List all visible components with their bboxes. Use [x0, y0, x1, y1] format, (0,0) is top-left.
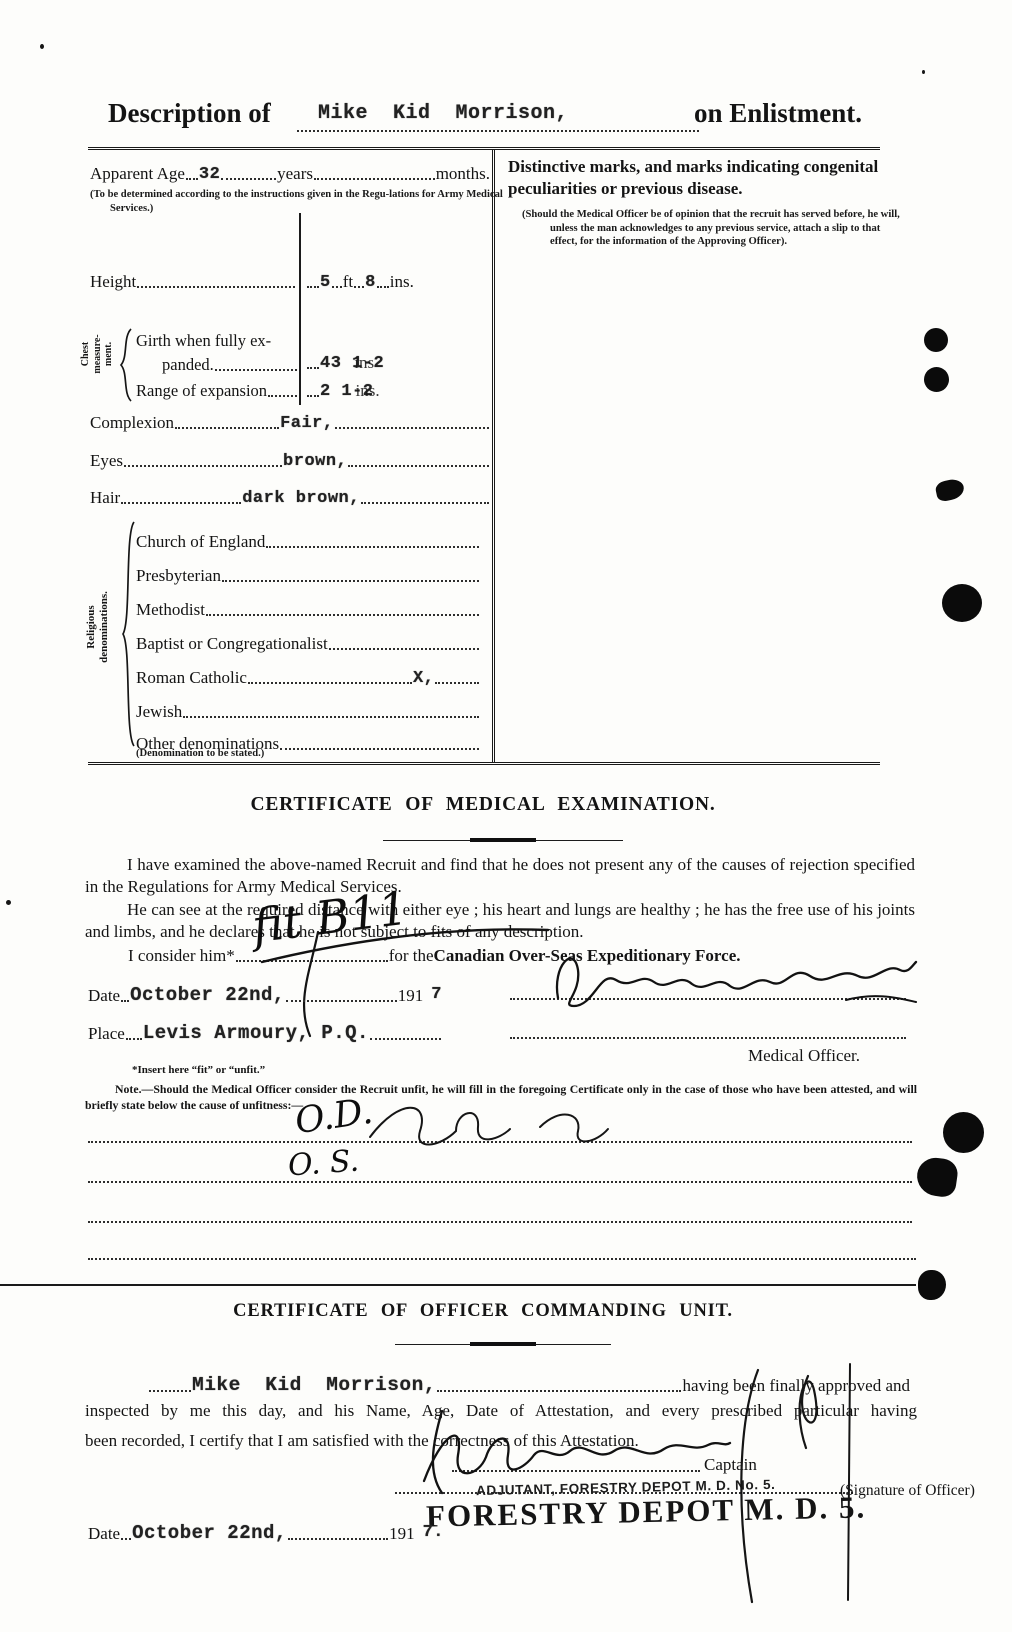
chest-side-line3: ment.: [103, 310, 115, 398]
months-label: months.: [436, 164, 490, 184]
place-label: Place: [88, 1024, 125, 1044]
chest-side-line1: Chest: [80, 310, 92, 398]
hair-label: Hair: [90, 488, 120, 508]
eyes-label: Eyes: [90, 451, 123, 471]
complexion-row: Complexion Fair,: [90, 407, 490, 433]
name-underline: [297, 130, 699, 132]
girth-value: 43 1-2: [320, 354, 384, 373]
ins-label: ins.: [390, 272, 414, 292]
height-value-row: 5 ft 8 ins.: [306, 266, 476, 292]
chest-side-line2: measure-: [92, 310, 104, 398]
religion-brace: [121, 520, 135, 748]
religion-methodist: Methodist: [136, 600, 205, 620]
insert-fit-note: *Insert here “fit” or “unfit.”: [132, 1064, 265, 1076]
religion-side-label: Religious denominations.: [85, 545, 119, 709]
ink-blot: [918, 1270, 946, 1300]
ink-blot: [943, 1112, 984, 1153]
unfitness-line-2: [88, 1181, 912, 1183]
unfitness-line-4: [88, 1258, 916, 1260]
chest-brace: [119, 327, 132, 403]
range-unit: ins.: [356, 381, 380, 401]
year-typed: 7.: [423, 1523, 444, 1542]
range-row: Range of expansion: [136, 375, 298, 401]
medical-place-row: Place Levis Armoury, P.Q.: [88, 1016, 442, 1044]
page-title-suffix: on Enlistment.: [694, 98, 862, 129]
hair-value: dark brown,: [242, 489, 360, 508]
religion-jewish: Jewish: [136, 702, 182, 722]
religion-church-of-england: Church of England: [136, 532, 265, 552]
religion-row: Baptist or Congregationalist: [136, 628, 480, 654]
medical-paragraph-1: I have examined the above-named Recruit …: [85, 854, 915, 898]
value-column-divider: [299, 213, 301, 405]
officer-name-typed: Mike Kid Morrison,: [192, 1374, 436, 1396]
hair-row: Hair dark brown,: [90, 482, 490, 508]
religion-row: Church of England: [136, 526, 480, 552]
page-title-prefix: Description of: [108, 98, 271, 129]
box-top-border: [88, 147, 880, 150]
medical-officer-label: Medical Officer.: [748, 1046, 860, 1066]
title-ornament: [383, 838, 623, 842]
date-value-typed: October 22nd,: [130, 984, 285, 1006]
girth-value-row: 43 1-2 ins: [306, 347, 476, 373]
religion-roman-catholic: Roman Catholic: [136, 668, 247, 688]
unfitness-flourish: [360, 1085, 640, 1180]
range-value-row: 2 1-2 ins.: [306, 375, 476, 401]
officer-certificate-title: CERTIFICATE OF OFFICER COMMANDING UNIT.: [0, 1301, 966, 1322]
ink-blot: [934, 477, 966, 502]
date-label: Date: [88, 986, 120, 1006]
box-column-divider: [492, 150, 495, 762]
religion-selected-mark: X,: [413, 669, 434, 688]
year-typed: 7: [431, 985, 442, 1004]
years-label: years: [277, 164, 313, 184]
chest-side-label: Chest measure- ment.: [80, 310, 120, 398]
height-feet-value: 5: [320, 273, 331, 292]
section-rule: [0, 1284, 916, 1286]
distinctive-marks-heading: Distinctive marks, and marks indicating …: [508, 156, 880, 200]
religion-row: Roman Catholic X,: [136, 662, 480, 688]
apparent-age-row: Apparent Age 32 years months.: [90, 158, 490, 184]
girth-label-line2: panded.: [136, 355, 214, 375]
eyes-value: brown,: [283, 452, 347, 471]
ink-speck: [6, 900, 11, 905]
girth-label-block: Girth when fully ex- panded.: [136, 331, 298, 375]
enlistment-form-page: Description of Mike Kid Morrison, on Enl…: [0, 0, 1012, 1632]
height-inches-value: 8: [365, 273, 376, 292]
distinctive-marks-note: (Should the Medical Officer be of opinio…: [522, 208, 904, 249]
religion-side-line2: denominations.: [98, 545, 111, 709]
ink-blot: [942, 584, 982, 622]
medical-certificate-title: CERTIFICATE OF MEDICAL EXAMINATION.: [0, 794, 966, 816]
apparent-age-note: (To be determined according to the instr…: [90, 188, 504, 215]
religion-row: Methodist: [136, 594, 480, 620]
ink-speck: [922, 70, 925, 74]
religion-side-line1: Religious: [85, 545, 98, 709]
apparent-age-value: 32: [199, 165, 220, 184]
medical-officer-signature: [548, 936, 920, 1012]
range-label: Range of expansion: [136, 381, 267, 401]
pen-stroke-marks: [688, 1362, 898, 1608]
ink-blot: [915, 1155, 960, 1198]
title-ornament: [395, 1342, 611, 1346]
medical-date-row: Date October 22nd, 191 7: [88, 978, 442, 1006]
ink-blot: [924, 328, 948, 352]
complexion-value: Fair,: [280, 414, 334, 433]
religion-baptist: Baptist or Congregationalist: [136, 634, 328, 654]
recruit-name-typed: Mike Kid Morrison,: [318, 102, 568, 125]
date-label: Date: [88, 1524, 120, 1544]
consider-label: I consider him*: [128, 946, 235, 966]
height-row: Height: [90, 266, 296, 292]
girth-unit: ins: [354, 353, 374, 373]
religion-row: Jewish: [136, 696, 480, 722]
ink-speck: [40, 44, 44, 49]
complexion-label: Complexion: [90, 413, 174, 433]
height-label: Height: [90, 272, 136, 292]
place-value-typed: Levis Armoury, P.Q.: [143, 1022, 369, 1044]
religion-presbyterian: Presbyterian: [136, 566, 221, 586]
ft-label: ft: [343, 272, 353, 292]
religion-row: Presbyterian: [136, 560, 480, 586]
unfitness-line-3: [88, 1221, 912, 1223]
eyes-row: Eyes brown,: [90, 445, 490, 471]
religion-note: (Denomination to be stated.): [136, 747, 264, 761]
box-bottom-border: [88, 762, 880, 765]
ink-blot: [924, 367, 949, 392]
year-printed: 191: [398, 986, 424, 1006]
unfitness-scribble-2: O. S.: [287, 1144, 360, 1184]
medical-officer-line: [510, 1037, 906, 1039]
officer-date-row: Date October 22nd, 191 7.: [88, 1514, 444, 1544]
date-value-typed: October 22nd,: [132, 1522, 287, 1544]
year-printed: 191: [389, 1524, 415, 1544]
apparent-age-label: Apparent Age: [90, 164, 185, 184]
girth-label-line1: Girth when fully ex-: [136, 331, 298, 351]
